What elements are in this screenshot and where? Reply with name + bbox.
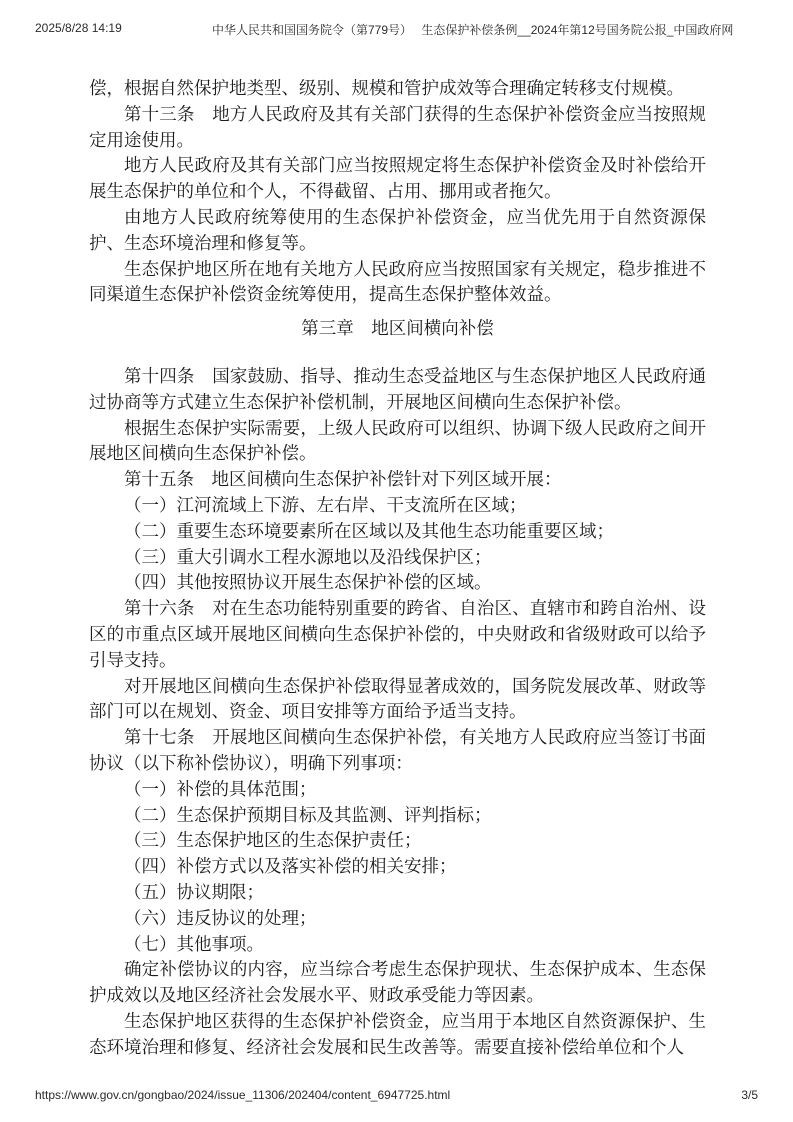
print-preview-page: 2025/8/28 14:19 中华人民共和国国务院令（第779号） 生态保护补… (0, 0, 793, 1122)
source-url: https://www.gov.cn/gongbao/2024/issue_11… (35, 1088, 450, 1102)
list-item: （三）重大引调水工程水源地以及沿线保护区； (89, 545, 706, 571)
document-body: 偿，根据自然保护地类型、级别、规模和管护成效等合理确定转移支付规模。 第十三条 … (89, 76, 706, 1060)
paragraph: 生态保护地区获得的生态保护补偿资金，应当用于本地区自然资源保护、生态环境治理和修… (89, 1009, 706, 1061)
paragraph: 对开展地区间横向生态保护补偿取得显著成效的，国务院发展改革、财政等部门可以在规划… (89, 674, 706, 726)
list-item: （六）违反协议的处理； (89, 906, 706, 932)
list-item: （二）重要生态环境要素所在区域以及其他生态功能重要区域； (89, 519, 706, 545)
list-item: （二）生态保护预期目标及其监测、评判指标； (89, 803, 706, 829)
list-item: （五）协议期限； (89, 880, 706, 906)
list-item: （一）江河流域上下游、左右岸、干支流所在区域； (89, 493, 706, 519)
paragraph-article-16: 第十六条 对在生态功能特别重要的跨省、自治区、直辖市和跨自治州、设区的市重点区域… (89, 596, 706, 673)
paragraph: 由地方人民政府统筹使用的生态保护补偿资金，应当优先用于自然资源保护、生态环境治理… (89, 205, 706, 257)
paragraph: 生态保护地区所在地有关地方人民政府应当按照国家有关规定，稳步推进不同渠道生态保护… (89, 257, 706, 309)
paragraph-article-14: 第十四条 国家鼓励、指导、推动生态受益地区与生态保护地区人民政府通过协商等方式建… (89, 364, 706, 416)
paragraph: 确定补偿协议的内容，应当综合考虑生态保护现状、生态保护成本、生态保护成效以及地区… (89, 957, 706, 1009)
print-datetime: 2025/8/28 14:19 (35, 21, 122, 35)
paragraph-article-15: 第十五条 地区间横向生态保护补偿针对下列区域开展： (89, 467, 706, 493)
document-title: 中华人民共和国国务院令（第779号） 生态保护补偿条例__2024年第12号国务… (212, 21, 733, 38)
print-footer: https://www.gov.cn/gongbao/2024/issue_11… (0, 1088, 793, 1103)
paragraph-continuation: 偿，根据自然保护地类型、级别、规模和管护成效等合理确定转移支付规模。 (89, 76, 706, 102)
paragraph: 地方人民政府及其有关部门应当按照规定将生态保护补偿资金及时补偿给开展生态保护的单… (89, 153, 706, 205)
list-item: （四）其他按照协议开展生态保护补偿的区域。 (89, 570, 706, 596)
paragraph-article-13: 第十三条 地方人民政府及其有关部门获得的生态保护补偿资金应当按照规定用途使用。 (89, 102, 706, 154)
list-item: （三）生态保护地区的生态保护责任； (89, 828, 706, 854)
paragraph-article-17: 第十七条 开展地区间横向生态保护补偿，有关地方人民政府应当签订书面协议（以下称补… (89, 725, 706, 777)
list-item: （四）补偿方式以及落实补偿的相关安排； (89, 854, 706, 880)
list-item: （七）其他事项。 (89, 932, 706, 958)
print-header: 2025/8/28 14:19 中华人民共和国国务院令（第779号） 生态保护补… (0, 21, 793, 37)
paragraph: 根据生态保护实际需要，上级人民政府可以组织、协调下级人民政府之间开展地区间横向生… (89, 416, 706, 468)
page-number: 3/5 (741, 1088, 758, 1102)
chapter-heading: 第三章 地区间横向补偿 (89, 316, 706, 342)
list-item: （一）补偿的具体范围； (89, 777, 706, 803)
